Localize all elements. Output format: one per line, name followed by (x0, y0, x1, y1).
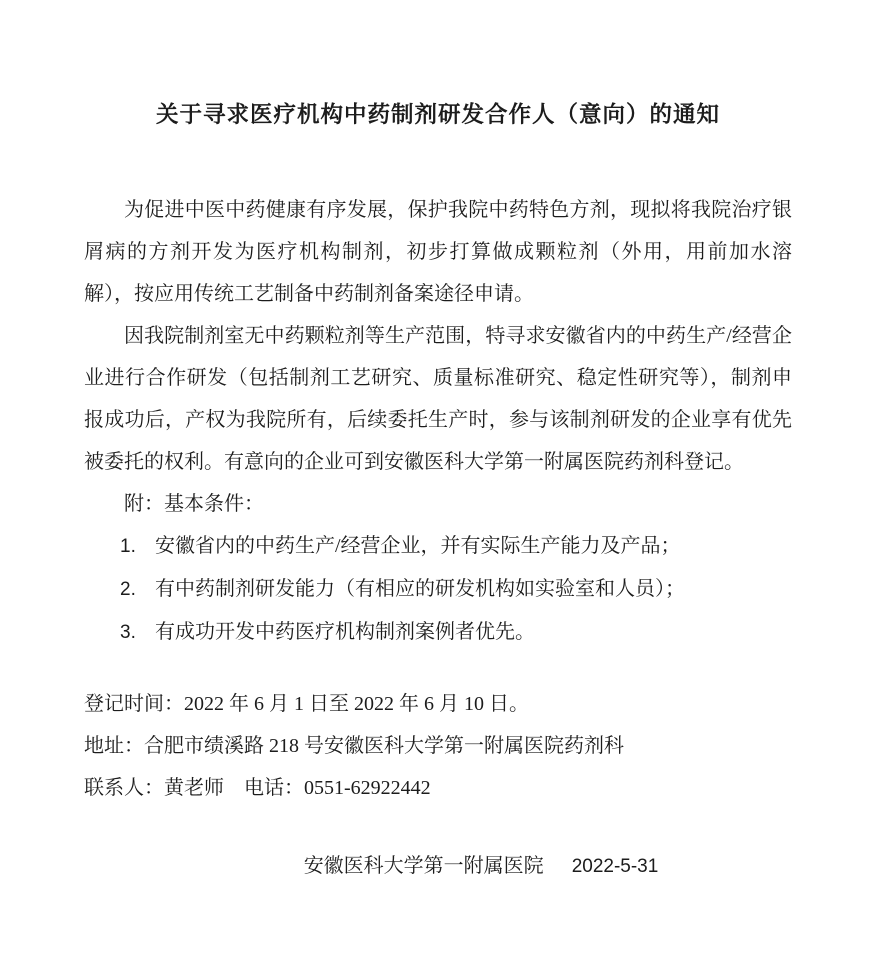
signature-date: 2022-5-31 (572, 846, 659, 888)
signature-organization: 安徽医科大学第一附属医院 (304, 845, 544, 887)
condition-text: 有成功开发中药医疗机构制剂案例者优先。 (155, 611, 792, 653)
attachment-heading: 附：基本条件： (84, 483, 792, 525)
paragraph-cooperation: 因我院制剂室无中药颗粒剂等生产范围，特寻求安徽省内的中药生产/经营企业进行合作研… (84, 315, 792, 483)
registration-time: 登记时间：2022 年 6 月 1 日至 2022 年 6 月 10 日。 (84, 683, 792, 725)
condition-item-1: 1. 安徽省内的中药生产/经营企业，并有实际生产能力及产品； (84, 525, 792, 568)
condition-number: 2. (120, 569, 155, 611)
paragraph-purpose: 为促进中医中药健康有序发展，保护我院中药特色方剂，现拟将我院治疗银屑病的方剂开发… (84, 189, 792, 315)
condition-text: 安徽省内的中药生产/经营企业，并有实际生产能力及产品； (155, 525, 792, 567)
document-title: 关于寻求医疗机构中药制剂研发合作人（意向）的通知 (0, 97, 876, 133)
document-body: 为促进中医中药健康有序发展，保护我院中药特色方剂，现拟将我院治疗银屑病的方剂开发… (0, 189, 876, 888)
condition-text: 有中药制剂研发能力（有相应的研发机构如实验室和人员）； (155, 568, 792, 610)
condition-number: 3. (120, 612, 155, 654)
condition-item-3: 3. 有成功开发中药医疗机构制剂案例者优先。 (84, 611, 792, 654)
document-page: 关于寻求医疗机构中药制剂研发合作人（意向）的通知 为促进中医中药健康有序发展，保… (0, 0, 876, 976)
registration-address: 地址：合肥市绩溪路 218 号安徽医科大学第一附属医院药剂科 (84, 725, 792, 767)
condition-number: 1. (120, 526, 155, 568)
condition-item-2: 2. 有中药制剂研发能力（有相应的研发机构如实验室和人员）； (84, 568, 792, 611)
signature-line: 安徽医科大学第一附属医院 2022-5-31 (127, 845, 835, 888)
contact-line: 联系人：黄老师 电话：0551-62922442 (84, 767, 792, 809)
registration-info: 登记时间：2022 年 6 月 1 日至 2022 年 6 月 10 日。 地址… (84, 683, 792, 809)
